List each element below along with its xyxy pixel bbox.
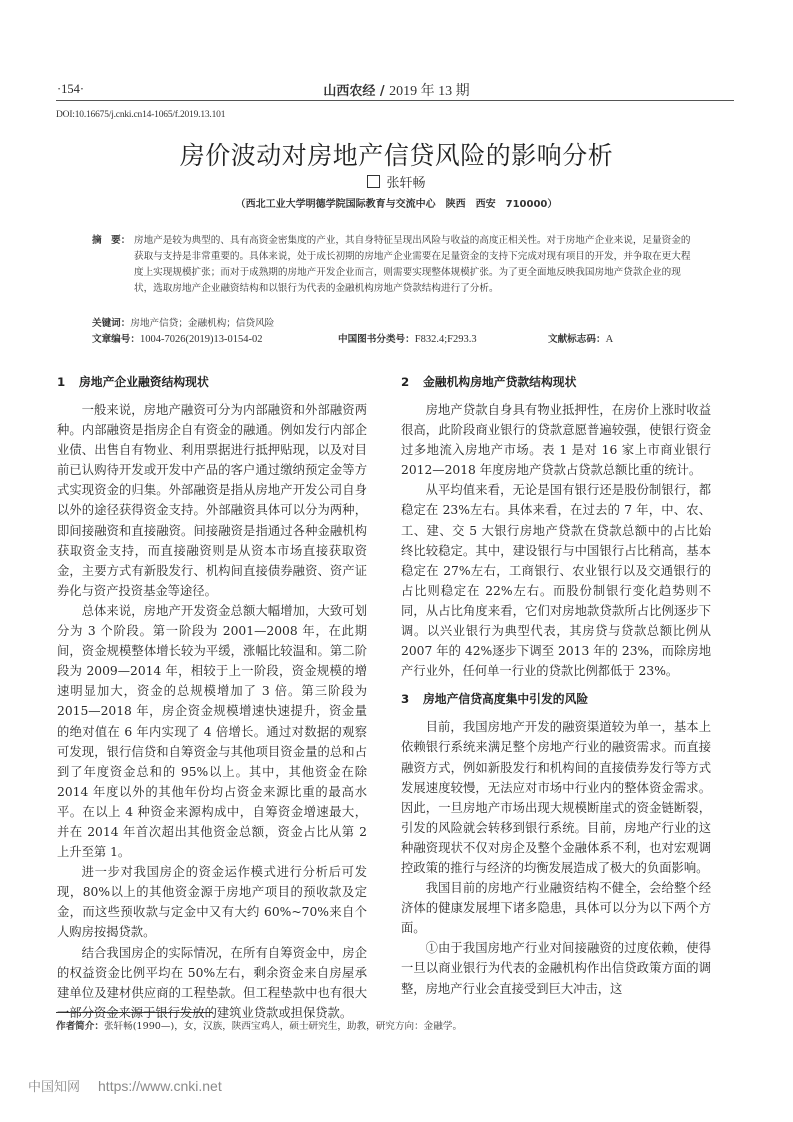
paragraph: 目前，我国房地产开发的融资渠道较为单一，基本上依赖银行系统来满足整个房地产行业的… (401, 717, 711, 878)
author-footnote: 作者简介：张轩畅(1990—)，女，汉族，陕西宝鸡人，硕士研究生，助教，研究方向… (56, 1018, 462, 1032)
paragraph: 进一步对我国房企的资金运作模式进行分析后可发现，80%以上的其他资金源于房地产项… (57, 862, 367, 942)
article-number-label: 文章编号： (92, 334, 140, 345)
footnote-divider (56, 1012, 212, 1013)
abstract: 摘 要： 房地产是较为典型的、具有高资金密集度的产业，其自身特征呈现出风险与收益… (92, 233, 692, 297)
clc-value: F832.4;F293.3 (415, 334, 477, 345)
paragraph: 我国目前的房地产行业融资结构不健全，会给整个经济体的健康发展埋下诸多隐患，具体可… (401, 878, 711, 938)
keywords-label: 关键词： (92, 318, 130, 329)
article-number: 文章编号：1004-7026(2019)13-0154-02 (92, 331, 262, 345)
journal-issue: 2019 年 13 期 (389, 84, 470, 99)
keywords-text: 房地产信贷；金融机构；信贷风险 (130, 318, 274, 329)
footnote-text: 张轩畅(1990—)，女，汉族，陕西宝鸡人，硕士研究生，助教，研究方向：金融学。 (104, 1021, 462, 1032)
keywords: 关键词：房地产信贷；金融机构；信贷风险 (92, 315, 274, 329)
abstract-text: 房地产是较为典型的、具有高资金密集度的产业，其自身特征呈现出风险与收益的高度正相… (92, 233, 692, 297)
paragraph: ①由于我国房地产行业对间接融资的过度依赖，使得一旦以商业银行为代表的金融机构作出… (401, 938, 711, 998)
section-heading-1: 1房地产企业融资结构现状 (57, 374, 367, 390)
doi[interactable]: DOI:10.16675/j.cnki.cn14-1065/f.2019.13.… (56, 110, 225, 120)
paragraph: 房地产贷款自身具有物业抵押性，在房价上涨时收益很高，此阶段商业银行的贷款意愿普遍… (401, 400, 711, 480)
affiliation: （西北工业大学明德学院国际教育与交流中心 陕西 西安 710000） (0, 195, 793, 210)
paragraph: 一般来说，房地产融资可分为内部融资和外部融资两种。内部融资是指房企自有资金的融通… (57, 400, 367, 601)
section-heading-2: 2金融机构房地产贷款结构现状 (401, 374, 711, 390)
abstract-label: 摘 要： (92, 233, 130, 249)
article-number-value: 1004-7026(2019)13-0154-02 (140, 334, 262, 345)
article-title: 房价波动对房地产信贷风险的影响分析 (0, 136, 793, 172)
watermark-brand: 中国知网 (28, 1080, 80, 1095)
author-box-icon (367, 175, 380, 188)
column-right: 2金融机构房地产贷款结构现状 房地产贷款自身具有物业抵押性，在房价上涨时收益很高… (401, 374, 711, 999)
document-code: 文献标志码：A (548, 331, 613, 345)
author-name: 张轩畅 (386, 176, 425, 191)
watermark-url[interactable]: https://www.cnki.net (98, 1078, 222, 1094)
author-line: 张轩畅 (0, 172, 793, 191)
footnote-label: 作者简介： (56, 1021, 104, 1032)
document-code-label: 文献标志码： (548, 334, 606, 345)
section-heading-3: 3房地产信贷高度集中引发的风险 (401, 691, 711, 707)
paragraph: 总体来说，房地产开发资金总额大幅增加，大致可划分为 3 个阶段。第一阶段为 20… (57, 601, 367, 862)
journal-header: 山西农经 / 2019 年 13 期 (0, 80, 793, 100)
section-spacer (401, 681, 711, 691)
column-left: 1房地产企业融资结构现状 一般来说，房地产融资可分为内部融资和外部融资两种。内部… (57, 374, 367, 1023)
clc-number: 中国图书分类号：F832.4;F293.3 (338, 331, 477, 345)
journal-name: 山西农经 / (323, 84, 389, 99)
paragraph: 从平均值来看，无论是国有银行还是股份制银行，都稳定在 23%左右。具体来看，在过… (401, 480, 711, 681)
cnki-watermark: 中国知网https://www.cnki.net (28, 1076, 222, 1095)
clc-label: 中国图书分类号： (338, 334, 415, 345)
header-divider (56, 100, 734, 101)
paragraph: 结合我国房企的实际情况，在所有自筹资金中，房企的权益资金比例平均在 50%左右，… (57, 943, 367, 1023)
document-code-value: A (606, 334, 614, 345)
